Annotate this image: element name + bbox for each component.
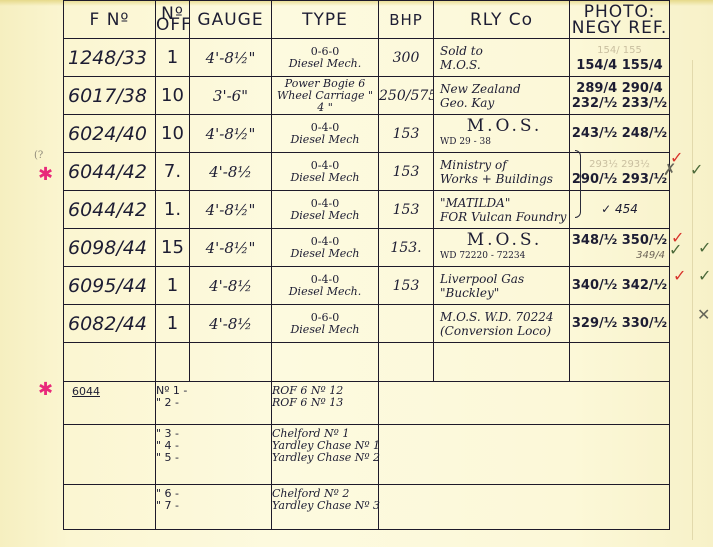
note-ref-cell: [64, 485, 156, 530]
gauge-cell: 3'-6": [190, 77, 272, 115]
no-off-cell: 1: [156, 267, 190, 305]
rly-co-cell: Sold toM.O.S.: [434, 39, 570, 77]
neg-ref: 348/½ 350/½: [572, 233, 667, 248]
no-off: 1: [167, 313, 178, 334]
rly-co-cell: "MATILDA"FOR Vulcan Foundry: [434, 191, 570, 229]
neg-ref-cell: 154/ 155154/4 155/4: [570, 39, 670, 77]
type-cell: 0-4-0Diesel Mech: [272, 115, 379, 153]
bhp: 153: [393, 278, 420, 294]
no-off-cell: 1.: [156, 191, 190, 229]
empty-cell: [190, 343, 272, 382]
rly-co-name: M.O.S.: [440, 119, 569, 133]
empty-cell: [379, 382, 670, 425]
no-off-cell: 15: [156, 229, 190, 267]
bhp: 153: [393, 202, 420, 218]
header-photo-line2: NEGY REF.: [572, 18, 668, 38]
header-bhp: BHP: [379, 1, 434, 39]
rly-co-cell: Liverpool Gas"Buckley": [434, 267, 570, 305]
neg-ref-cell: ✓ 454: [570, 191, 670, 229]
neg-ref-line2: 232/½ 233/½: [572, 96, 667, 111]
bhp: 250/575: [379, 88, 434, 104]
pink-note-row: 6044Nº 1 -" 2 -ROF 6 Nº 12ROF 6 Nº 13: [64, 382, 670, 425]
no-off: 7.: [164, 161, 181, 182]
f-no-cell: 6098/44: [64, 229, 156, 267]
bhp-cell: 153: [379, 153, 434, 191]
note-ref-cell: [64, 425, 156, 485]
gauge-cell: 4'-8½: [190, 305, 272, 343]
rly-co-line2: Works + Buildings: [440, 172, 553, 186]
note-text: Yardley Chase Nº 2: [272, 451, 380, 464]
gauge: 4'-8½": [206, 125, 256, 143]
gauge: 4'-8½: [209, 277, 252, 295]
bhp-cell: 153.: [379, 229, 434, 267]
type-cell: 0-4-0Diesel Mech.: [272, 267, 379, 305]
loco-type: Diesel Mech: [290, 171, 359, 184]
header-no-off: Nº OFF: [156, 1, 190, 39]
f-no: 6017/38: [68, 85, 147, 107]
note-no-cell: " 3 -" 4 -" 5 -: [156, 425, 272, 485]
cross-icon: ✕: [697, 305, 710, 324]
neg-ref: 329/½ 330/½: [572, 316, 667, 331]
empty-cell: [379, 343, 434, 382]
ledger-table: F Nº Nº OFF GAUGE TYPE BHP RLY Co PHOTO:…: [63, 0, 670, 530]
no-off-cell: 7.: [156, 153, 190, 191]
type-cell: 0-4-0Diesel Mech: [272, 191, 379, 229]
neg-ref-cell: 293½ 293½290/½ 293/½: [570, 153, 670, 191]
neg-ref-cell: 340/½ 342/½: [570, 267, 670, 305]
rly-co-line2: "Buckley": [440, 286, 499, 300]
rly-co-line1: Sold to: [440, 44, 483, 58]
f-no: 6098/44: [68, 237, 147, 259]
gauge-cell: 4'-8½": [190, 115, 272, 153]
f-no-cell: 6095/44: [64, 267, 156, 305]
rly-co-cell: New ZealandGeo. Kay: [434, 77, 570, 115]
note-text-cell: ROF 6 Nº 12ROF 6 Nº 13: [272, 382, 379, 425]
pink-note-row: " 6 -" 7 -Chelford Nº 2Yardley Chase Nº …: [64, 485, 670, 530]
rly-co-line2: M.O.S.: [440, 58, 481, 72]
loco-type: Diesel Mech: [290, 133, 359, 146]
f-no-cell: 6017/38: [64, 77, 156, 115]
f-no: 6044/42: [68, 161, 147, 183]
f-no-cell: 1248/33: [64, 39, 156, 77]
bhp: 153: [393, 164, 420, 180]
bracket-mark: [575, 150, 581, 218]
note-number: " 5 -: [156, 451, 179, 464]
red-check-icon: ✓: [673, 266, 686, 285]
header-type: TYPE: [272, 1, 379, 39]
empty-cell: [64, 343, 156, 382]
margin-scribble: (?: [34, 150, 43, 161]
type-cell: 0-4-0Diesel Mech: [272, 153, 379, 191]
rly-co-name: M.O.S.: [440, 233, 569, 247]
gauge-cell: 4'-8½": [190, 39, 272, 77]
bhp-cell: 250/575: [379, 77, 434, 115]
gauge: 3'-6": [213, 87, 248, 105]
neg-ref: 340/½ 342/½: [572, 278, 667, 293]
neg-ref-pencil: 349/4: [570, 248, 669, 263]
header-f-no: F Nº: [64, 1, 156, 39]
gauge: 4'-8½": [206, 201, 256, 219]
rly-co-cell: Ministry ofWorks + Buildings: [434, 153, 570, 191]
note-text-cell: Chelford Nº 1Yardley Chase Nº 1Yardley C…: [272, 425, 379, 485]
note-ref-cell: 6044: [64, 382, 156, 425]
bhp: 153.: [390, 240, 421, 256]
rly-co-cell: M.O.S. W.D. 70224(Conversion Loco): [434, 305, 570, 343]
table-row: 6098/44154'-8½"0-4-0Diesel Mech153.M.O.S…: [64, 229, 670, 267]
note-ref: 6044: [72, 385, 100, 398]
loco-type: Diesel Mech.: [289, 285, 362, 298]
rly-co-line2: (Conversion Loco): [440, 324, 551, 338]
header-no-off-line2: OFF: [156, 15, 190, 35]
note-text: ROF 6 Nº 13: [272, 396, 343, 409]
note-number: " 7 -: [156, 499, 179, 512]
loco-type: Power Bogie 6 Wheel Carriage " 4 ": [277, 77, 373, 114]
header-rly-co: RLY Co: [434, 1, 570, 39]
note-number: " 2 -: [156, 396, 179, 409]
gauge: 4'-8½": [206, 49, 256, 67]
no-off: 10: [161, 85, 184, 106]
rly-co-line1: New Zealand: [440, 82, 521, 96]
gauge: 4'-8½": [206, 239, 256, 257]
loco-type: Diesel Mech: [290, 323, 359, 336]
gauge-cell: 4'-8½: [190, 267, 272, 305]
neg-ref-faint: 293½ 293½: [570, 157, 669, 172]
gauge: 4'-8½: [209, 315, 252, 333]
gauge: 4'-8½: [209, 163, 252, 181]
note-no-cell: " 6 -" 7 -: [156, 485, 272, 530]
bhp-cell: [379, 305, 434, 343]
no-off-cell: 1: [156, 39, 190, 77]
f-no: 6024/40: [68, 123, 147, 145]
rly-co-line1: Liverpool Gas: [440, 272, 524, 286]
gauge-cell: 4'-8½: [190, 153, 272, 191]
green-check-icon: ✓: [698, 238, 711, 257]
type-cell: 0-6-0Diesel Mech: [272, 305, 379, 343]
neg-ref-note: ✓ 454: [601, 202, 638, 216]
empty-cell: [570, 343, 670, 382]
pink-star-icon: ✱: [38, 164, 53, 185]
bhp: 300: [393, 50, 420, 66]
bhp: 153: [393, 126, 420, 142]
empty-cell: [434, 343, 570, 382]
bhp-cell: 300: [379, 39, 434, 77]
rly-co-line1: M.O.S. W.D. 70224: [440, 310, 554, 324]
header-photo-neg-ref: PHOTO: NEGY REF.: [570, 1, 670, 39]
rly-co-cell: M.O.S.WD 29 - 38: [434, 115, 570, 153]
f-no: 6095/44: [68, 275, 147, 297]
bhp-cell: 153: [379, 267, 434, 305]
empty-cell: [156, 343, 190, 382]
table-row: 6095/4414'-8½0-4-0Diesel Mech.153Liverpo…: [64, 267, 670, 305]
neg-ref-faint: 154/ 155: [570, 43, 669, 58]
f-no-cell: 6044/42: [64, 191, 156, 229]
f-no: 6082/44: [68, 313, 147, 335]
no-off: 1: [167, 275, 178, 296]
header-gauge: GAUGE: [190, 1, 272, 39]
no-off: 10: [161, 123, 184, 144]
wd-numbers: WD 72220 - 72234: [440, 251, 525, 261]
note-text-cell: Chelford Nº 2Yardley Chase Nº 3: [272, 485, 379, 530]
wd-numbers: WD 29 - 38: [440, 137, 491, 147]
grey-cross-icon: ✗: [663, 160, 676, 179]
table-row: 6024/40104'-8½"0-4-0Diesel Mech153M.O.S.…: [64, 115, 670, 153]
header-row: F Nº Nº OFF GAUGE TYPE BHP RLY Co PHOTO:…: [64, 1, 670, 39]
pink-star-icon: ✱: [38, 379, 53, 400]
rly-co-line1: "MATILDA": [440, 196, 510, 210]
rly-co-cell: M.O.S.WD 72220 - 72234: [434, 229, 570, 267]
pink-note-row: " 3 -" 4 -" 5 -Chelford Nº 1Yardley Chas…: [64, 425, 670, 485]
type-cell: 0-4-0Diesel Mech: [272, 229, 379, 267]
note-text: Yardley Chase Nº 3: [272, 499, 380, 512]
bhp-cell: 153: [379, 191, 434, 229]
f-no: 6044/42: [68, 199, 147, 221]
green-check-icon: ✓: [690, 160, 703, 179]
type-cell: Power Bogie 6 Wheel Carriage " 4 ": [272, 77, 379, 115]
neg-ref: 290/½ 293/½: [572, 172, 667, 187]
neg-ref: 154/4 155/4: [576, 58, 662, 73]
neg-ref: 243/½ 248/½: [572, 126, 667, 141]
neg-ref-cell: 289/4 290/4232/½ 233/½: [570, 77, 670, 115]
f-no-cell: 6044/42: [64, 153, 156, 191]
empty-cell: [272, 343, 379, 382]
neg-ref-cell: 243/½ 248/½: [570, 115, 670, 153]
rly-co-line1: Ministry of: [440, 158, 507, 172]
neg-ref-cell: 329/½ 330/½: [570, 305, 670, 343]
empty-cell: [379, 485, 670, 530]
table-row: 6017/38103'-6"Power Bogie 6 Wheel Carria…: [64, 77, 670, 115]
loco-type: Diesel Mech.: [289, 57, 362, 70]
table-row: 6082/4414'-8½0-6-0Diesel MechM.O.S. W.D.…: [64, 305, 670, 343]
no-off: 1.: [164, 199, 181, 220]
green-check-icon: ✓: [698, 266, 711, 285]
type-cell: 0-6-0Diesel Mech.: [272, 39, 379, 77]
no-off-cell: 1: [156, 305, 190, 343]
no-off: 15: [161, 237, 184, 258]
bhp-cell: 153: [379, 115, 434, 153]
rly-co-line2: Geo. Kay: [440, 96, 494, 110]
table-row: 1248/3314'-8½"0-6-0Diesel Mech.300Sold t…: [64, 39, 670, 77]
neg-ref: 289/4 290/4: [576, 81, 662, 96]
blank-row: [64, 343, 670, 382]
loco-type: Diesel Mech: [290, 209, 359, 222]
no-off-cell: 10: [156, 77, 190, 115]
neg-ref-cell: 348/½ 350/½349/4: [570, 229, 670, 267]
f-no: 1248/33: [68, 47, 147, 69]
gauge-cell: 4'-8½": [190, 191, 272, 229]
loco-type: Diesel Mech: [290, 247, 359, 260]
fold-line: [692, 60, 693, 540]
f-no-cell: 6082/44: [64, 305, 156, 343]
note-no-cell: Nº 1 -" 2 -: [156, 382, 272, 425]
rly-co-line2: FOR Vulcan Foundry: [440, 210, 566, 224]
green-check-icon: ✓: [669, 240, 682, 259]
empty-cell: [379, 425, 670, 485]
f-no-cell: 6024/40: [64, 115, 156, 153]
no-off-cell: 10: [156, 115, 190, 153]
no-off: 1: [167, 47, 178, 68]
gauge-cell: 4'-8½": [190, 229, 272, 267]
